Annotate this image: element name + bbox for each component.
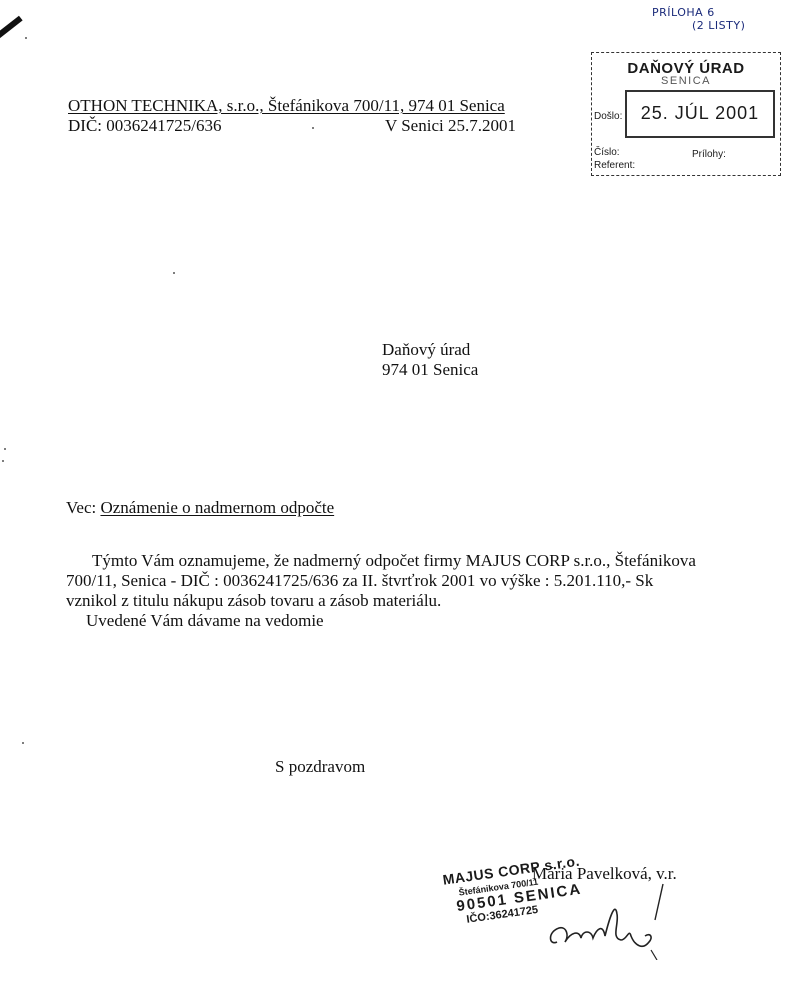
scan-speck [173, 272, 175, 274]
subject-text: Oznámenie o nadmernom odpočte [100, 498, 334, 517]
recipient-name: Daňový úrad [382, 340, 470, 360]
sender-dic: DIČ: 0036241725/636 [68, 116, 221, 136]
scan-speck [2, 460, 4, 462]
body-line-2: 700/11, Senica - DIČ : 0036241725/636 za… [66, 571, 653, 591]
stamp-received-label: Došlo: [594, 111, 622, 122]
handwritten-annotation: PRÍLOHA 6 (2 LISTY) [652, 6, 745, 32]
stamp-number-label: Číslo: [594, 147, 620, 158]
body-line-4: Uvedené Vám dávame na vedomie [86, 611, 324, 631]
stamp-attachments-label: Prílohy: [692, 149, 726, 160]
body-line-3: vznikol z titulu nákupu zásob tovaru a z… [66, 591, 441, 611]
annotation-line-1: PRÍLOHA 6 [652, 6, 745, 19]
scan-speck [312, 127, 314, 129]
scan-speck [4, 448, 6, 450]
annotation-line-2: (2 LISTY) [692, 19, 745, 32]
subject-line: Vec: Oznámenie o nadmernom odpočte [66, 498, 334, 518]
scan-corner-mark [0, 16, 23, 42]
stamp-received-date: 25. JÚL 2001 [627, 103, 773, 124]
recipient-address: 974 01 Senica [382, 360, 478, 380]
place-date: V Senici 25.7.2001 [385, 116, 516, 136]
subject-label: Vec: [66, 498, 96, 517]
scan-speck [25, 37, 27, 39]
stamp-referent-label: Referent: [594, 160, 635, 171]
body-line-1: Týmto Vám oznamujeme, že nadmerný odpoče… [92, 551, 696, 571]
tax-office-received-stamp: DAŇOVÝ ÚRAD SENICA Došlo: 25. JÚL 2001 Č… [591, 52, 781, 176]
stamp-date-box: 25. JÚL 2001 [625, 90, 775, 138]
stamp-city: SENICA [592, 75, 780, 87]
scan-speck [22, 742, 24, 744]
sender-line: OTHON TECHNIKA, s.r.o., Štefánikova 700/… [68, 96, 505, 116]
handwritten-signature [545, 880, 675, 960]
closing: S pozdravom [275, 757, 365, 777]
